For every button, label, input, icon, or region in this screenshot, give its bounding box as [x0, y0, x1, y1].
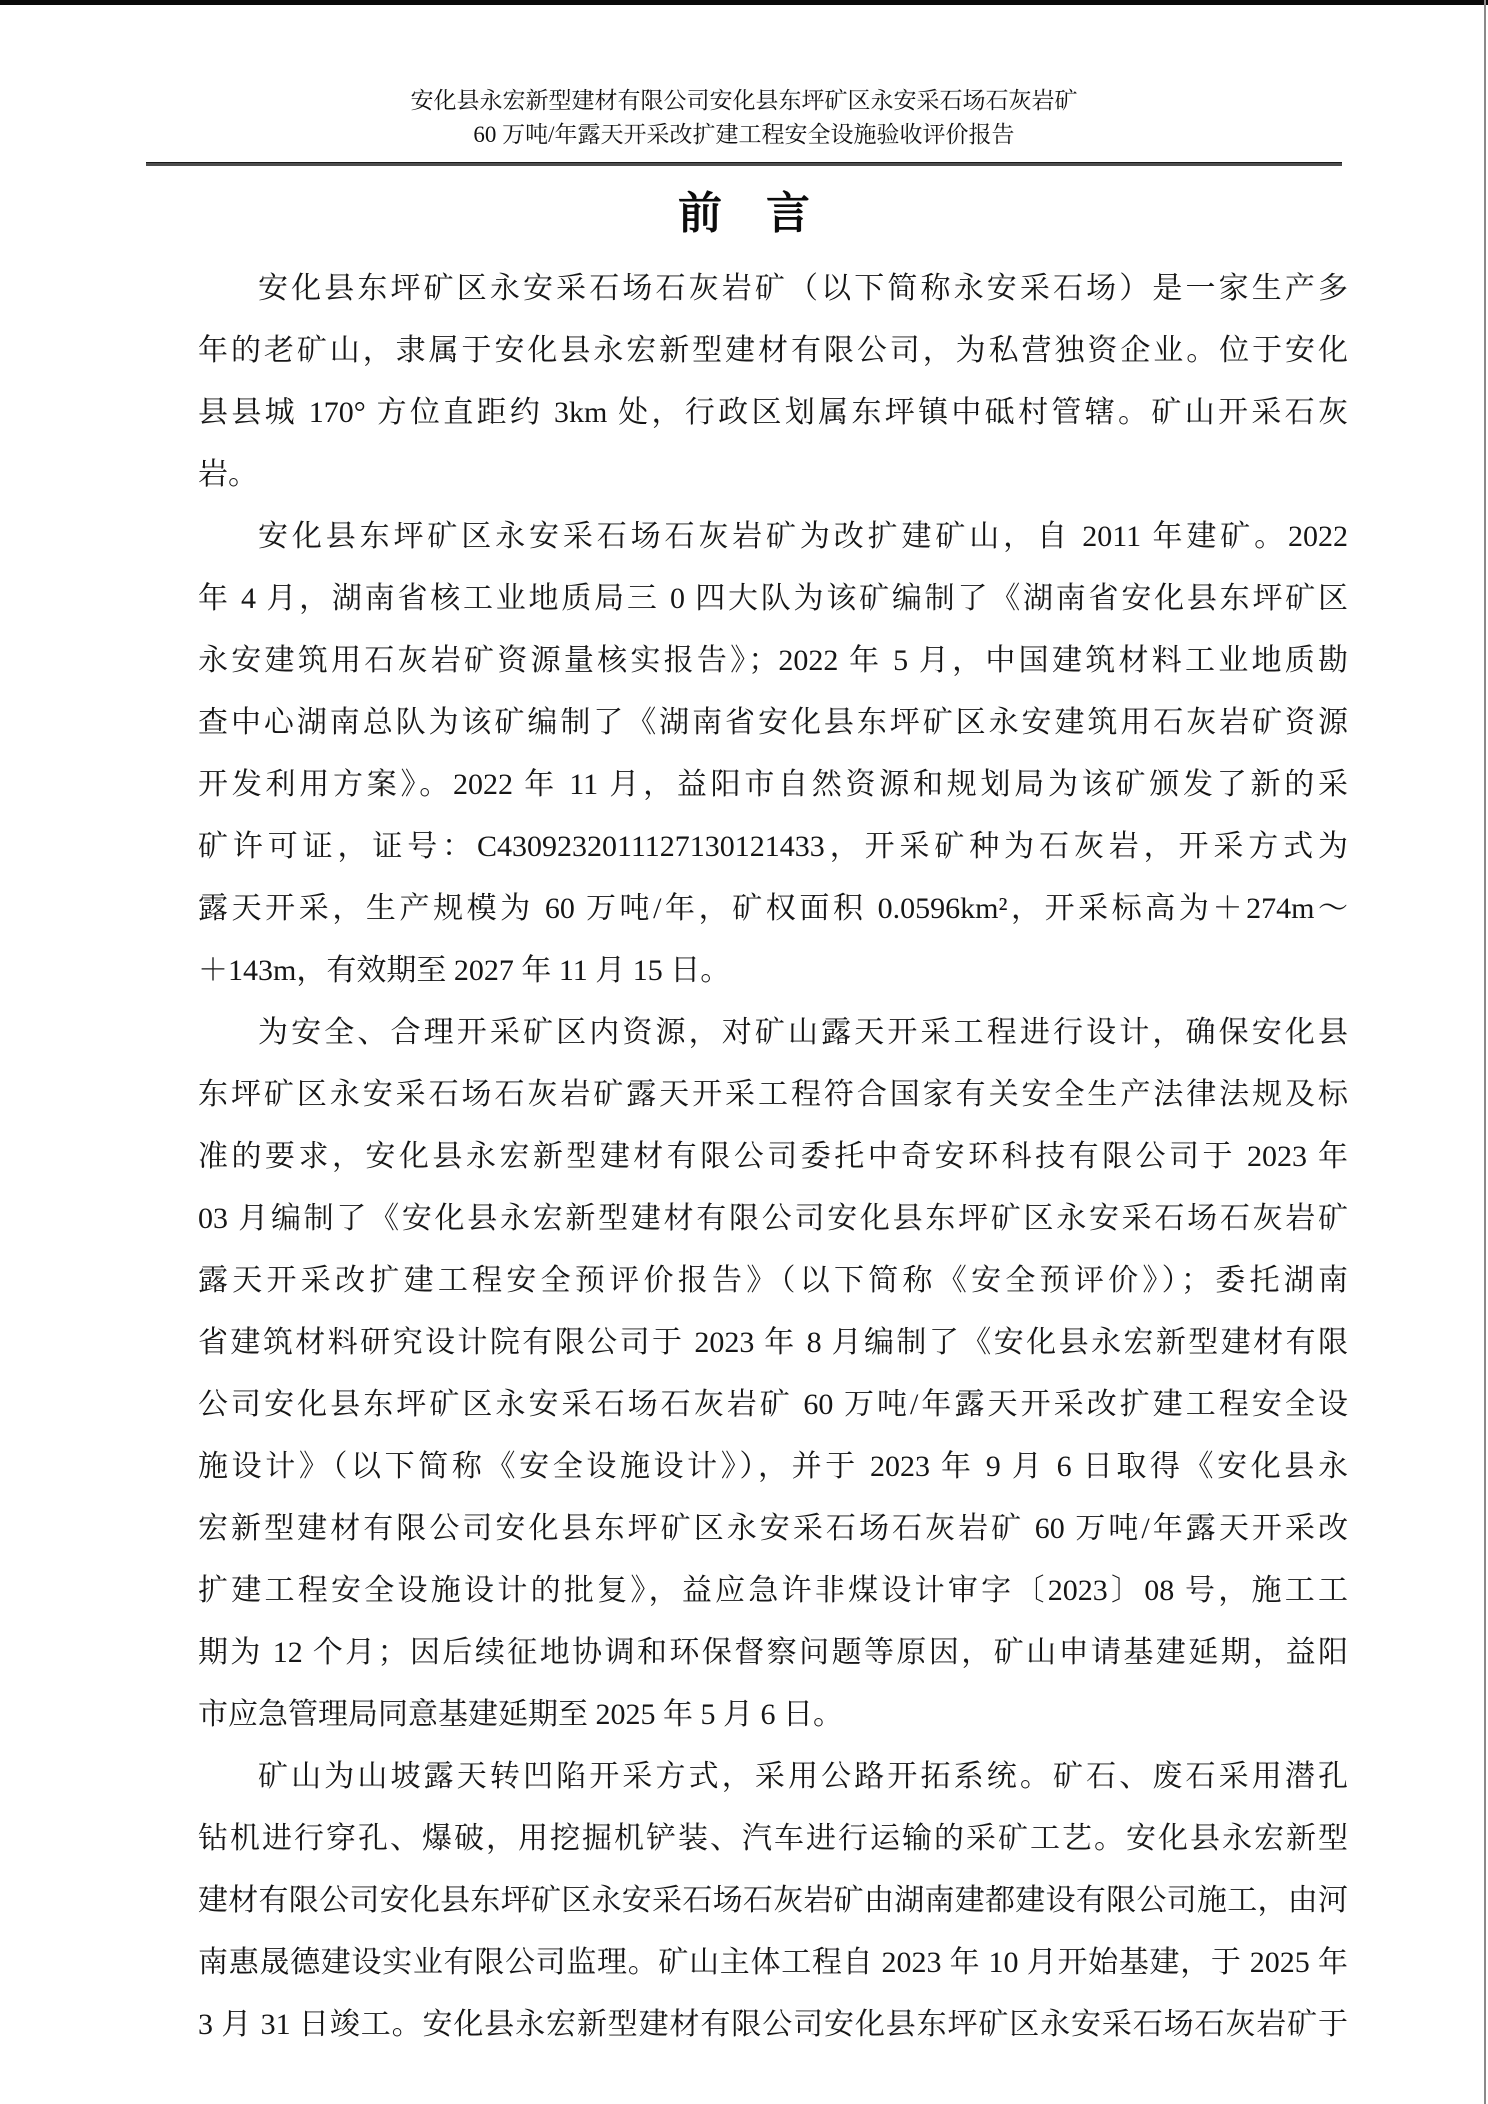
document-page: 安化县永宏新型建材有限公司安化县东坪矿区永安采石场石灰岩矿 60 万吨/年露天开…: [0, 0, 1488, 2104]
body-line: 开发利用方案》。2022 年 11 月，益阳市自然资源和规划局为该矿颁发了新的采: [198, 754, 1348, 816]
body-line: 为安全、合理开采矿区内资源，对矿山露天开采工程进行设计，确保安化县: [198, 1002, 1348, 1064]
body-line: 建材有限公司安化县东坪矿区永安采石场石灰岩矿由湖南建都建设有限公司施工，由河: [198, 1870, 1348, 1932]
body-line: 公司安化县东坪矿区永安采石场石灰岩矿 60 万吨/年露天开采改扩建工程安全设: [198, 1374, 1348, 1436]
body-line: 县县城 170° 方位直距约 3km 处，行政区划属东坪镇中砥村管辖。矿山开采石…: [198, 382, 1348, 444]
body-line: 永安建筑用石灰岩矿资源量核实报告》；2022 年 5 月，中国建筑材料工业地质勘: [198, 630, 1348, 692]
body-line: 准的要求，安化县永宏新型建材有限公司委托中奇安环科技有限公司于 2023 年: [198, 1126, 1348, 1188]
paragraph: 安化县东坪矿区永安采石场石灰岩矿为改扩建矿山，自 2011 年建矿。2022年 …: [198, 506, 1348, 1002]
body-line: 市应急管理局同意基建延期至 2025 年 5 月 6 日。: [198, 1684, 1348, 1746]
body-line: 3 月 31 日竣工。安化县永宏新型建材有限公司安化县东坪矿区永安采石场石灰岩矿…: [198, 1994, 1348, 2056]
report-header: 安化县永宏新型建材有限公司安化县东坪矿区永安采石场石灰岩矿 60 万吨/年露天开…: [0, 0, 1488, 152]
header-line-1: 安化县永宏新型建材有限公司安化县东坪矿区永安采石场石灰岩矿: [0, 84, 1488, 118]
body-line: 矿许可证，证号：C4309232011127130121433，开采矿种为石灰岩…: [198, 816, 1348, 878]
scan-top-edge: [0, 0, 1488, 5]
scan-right-edge: [1484, 0, 1486, 2104]
body-line: 露天开采，生产规模为 60 万吨/年，矿权面积 0.0596km²，开采标高为＋…: [198, 878, 1348, 940]
body-line: 年 4 月，湖南省核工业地质局三 0 四大队为该矿编制了《湖南省安化县东坪矿区: [198, 568, 1348, 630]
body-line: 扩建工程安全设施设计的批复》，益应急许非煤设计审字〔2023〕08 号，施工工: [198, 1560, 1348, 1622]
page-title: 前 言: [0, 188, 1488, 240]
body-line: 宏新型建材有限公司安化县东坪矿区永安采石场石灰岩矿 60 万吨/年露天开采改: [198, 1498, 1348, 1560]
body-line: 露天开采改扩建工程安全预评价报告》（以下简称《安全预评价》）；委托湖南: [198, 1250, 1348, 1312]
body-line: 查中心湖南总队为该矿编制了《湖南省安化县东坪矿区永安建筑用石灰岩矿资源: [198, 692, 1348, 754]
body-line: 03 月编制了《安化县永宏新型建材有限公司安化县东坪矿区永安采石场石灰岩矿: [198, 1188, 1348, 1250]
body-line: 南惠晟德建设实业有限公司监理。矿山主体工程自 2023 年 10 月开始基建，于…: [198, 1932, 1348, 1994]
body-line: 钻机进行穿孔、爆破，用挖掘机铲装、汽车进行运输的采矿工艺。安化县永宏新型: [198, 1808, 1348, 1870]
body-line: 年的老矿山，隶属于安化县永宏新型建材有限公司，为私营独资企业。位于安化: [198, 320, 1348, 382]
body-line: ＋143m，有效期至 2027 年 11 月 15 日。: [198, 940, 1348, 1002]
document-body: 安化县东坪矿区永安采石场石灰岩矿（以下简称永安采石场）是一家生产多年的老矿山，隶…: [198, 258, 1348, 2056]
body-line: 安化县东坪矿区永安采石场石灰岩矿为改扩建矿山，自 2011 年建矿。2022: [198, 506, 1348, 568]
paragraph: 安化县东坪矿区永安采石场石灰岩矿（以下简称永安采石场）是一家生产多年的老矿山，隶…: [198, 258, 1348, 506]
paragraph: 矿山为山坡露天转凹陷开采方式，采用公路开拓系统。矿石、废石采用潜孔钻机进行穿孔、…: [198, 1746, 1348, 2056]
body-line: 施设计》（以下简称《安全设施设计》），并于 2023 年 9 月 6 日取得《安…: [198, 1436, 1348, 1498]
body-line: 期为 12 个月；因后续征地协调和环保督察问题等原因，矿山申请基建延期，益阳: [198, 1622, 1348, 1684]
body-line: 安化县东坪矿区永安采石场石灰岩矿（以下简称永安采石场）是一家生产多: [198, 258, 1348, 320]
header-line-2: 60 万吨/年露天开采改扩建工程安全设施验收评价报告: [0, 118, 1488, 152]
paragraph: 为安全、合理开采矿区内资源，对矿山露天开采工程进行设计，确保安化县东坪矿区永安采…: [198, 1002, 1348, 1746]
body-line: 省建筑材料研究设计院有限公司于 2023 年 8 月编制了《安化县永宏新型建材有…: [198, 1312, 1348, 1374]
body-line: 岩。: [198, 444, 1348, 506]
body-line: 矿山为山坡露天转凹陷开采方式，采用公路开拓系统。矿石、废石采用潜孔: [198, 1746, 1348, 1808]
body-line: 东坪矿区永安采石场石灰岩矿露天开采工程符合国家有关安全生产法律法规及标: [198, 1064, 1348, 1126]
header-rule: [146, 162, 1342, 166]
